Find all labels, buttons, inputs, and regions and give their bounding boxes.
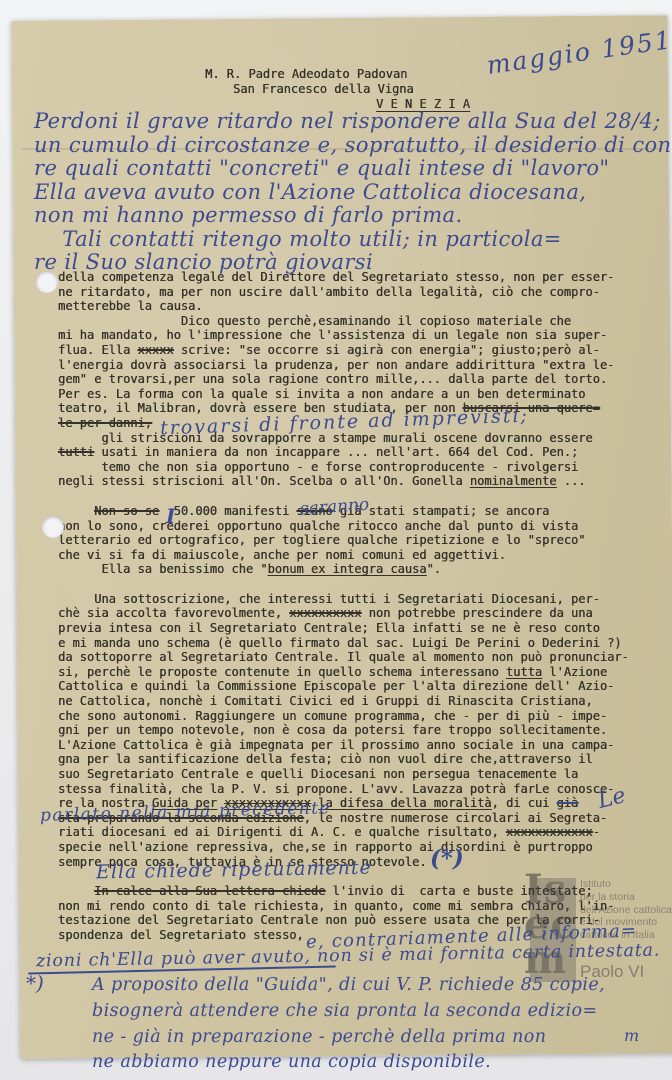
line: Perdoni il grave ritardo nel rispondere … <box>34 110 672 134</box>
typed-line: previa intesa con il Segretariato Centra… <box>58 621 670 636</box>
typed-line: da sottoporre al Segretariato Centrale. … <box>58 650 670 665</box>
line: A proposito della "Guida", di cui V. P. … <box>92 973 605 999</box>
line: non mi hanno permesso di farlo prima. <box>34 204 672 228</box>
line <box>34 275 672 299</box>
handwritten-intro: Perdoni il grave ritardo nel rispondere … <box>34 110 672 298</box>
typed-line: e mi manda uno schema (è quello firmato … <box>58 636 670 651</box>
typed-line: temo che non sia opportuno - e forse con… <box>58 460 670 475</box>
typed-line: tutti usati in maniera da non incappare … <box>58 445 670 460</box>
line: re quali contatti "concreti" e quali int… <box>34 157 672 181</box>
typed-line: non mi rendo conto di tale richiesta, in… <box>58 899 670 914</box>
typed-line: Per es. La forma con la quale si invita … <box>58 387 670 402</box>
line: re il Suo slancio potrà giovarsi <box>34 251 672 275</box>
punch-hole-top <box>36 271 58 293</box>
typed-line: metterebbe la causa. <box>58 299 670 314</box>
typed-line: riati diocesani ed ai Dirigenti di A. C.… <box>58 825 670 840</box>
typed-line: Cattolica e quindi la Commissione Episco… <box>58 679 670 694</box>
handwritten-asterisk-mark: (*) <box>430 845 464 872</box>
line: Tali contatti ritengo molto utili; in pa… <box>34 228 672 252</box>
punch-hole-bottom <box>42 516 64 538</box>
line: un cumulo di circostanze e, sopratutto, … <box>34 134 672 158</box>
typed-line: stessa finalità, che la P. V. si propone… <box>58 782 670 797</box>
typed-line: In calce alla Sua lettera chiede l'invio… <box>58 884 670 899</box>
typed-line: Ella sa benissimo che "bonum ex integra … <box>58 562 670 577</box>
line: Ella aveva avuto con l'Azione Cattolica … <box>34 181 672 205</box>
typed-line: flua. Ella xxxxx scrive: "se occorre si … <box>58 343 670 358</box>
typed-body: della competenza legale del Direttore de… <box>58 270 670 943</box>
typed-line: suo Segretariato Centrale e quelli Dioce… <box>58 767 670 782</box>
typed-line: ne Cattolica, nonchè i Comitati Civici e… <box>58 694 670 709</box>
typed-line: Una sottoscrizione, che interessi tutti … <box>58 592 670 607</box>
line: ne - già in preparazione - perchè della … <box>92 1025 605 1051</box>
typed-line: letterario ed ortografico, per togliere … <box>58 533 670 548</box>
typed-paragraph: della competenza legale del Direttore de… <box>58 270 670 489</box>
line: ne abbiamo neppure una copia disponibile… <box>92 1050 605 1076</box>
handwritten-insertion-i: I <box>166 504 175 528</box>
typed-line: si, perchè le proposte contenute in quel… <box>58 665 670 680</box>
typed-line: L'Azione Cattolica è già impegnata per i… <box>58 738 670 753</box>
letterhead-recipient: M. R. Padre Adeodato Padovan <box>205 67 407 81</box>
typed-line: Dico questo perchè,esaminando il copioso… <box>58 314 670 329</box>
handwritten-footnote: A proposito della "Guida", di cui V. P. … <box>92 973 605 1076</box>
typed-line: non lo sono, crederei opportuno qualche … <box>58 519 670 534</box>
typed-line: gli striscioni da sovrapporre a stampe m… <box>58 431 670 446</box>
typed-line: chè sia accolta favorevolmente, xxxxxxxx… <box>58 606 670 621</box>
typed-line: che sono autonomi. Raggiungere un comune… <box>58 709 670 724</box>
typed-line: mi ha mandato, ho l'impressione che l'as… <box>58 328 670 343</box>
handwritten-final-mark: m <box>624 1026 639 1045</box>
typed-line: negli stessi striscioni all'On. Scelba o… <box>58 474 670 489</box>
line: bisognerà attendere che sia pronta la se… <box>92 999 605 1025</box>
typed-line: gna per la santificazione della festa; c… <box>58 752 670 767</box>
footnote-marker: *) <box>26 971 44 995</box>
typed-paragraph: Una sottoscrizione, che interessi tutti … <box>58 592 670 869</box>
typed-line: l'energia dovrà associarsi la prudenza, … <box>58 358 670 373</box>
typed-line: che vi si fa di maiuscole, anche per nom… <box>58 548 670 563</box>
scanned-letter-page: M. R. Padre Adeodato Padovan San Frances… <box>0 0 672 1080</box>
letterhead-address: San Francesco della Vigna <box>233 82 414 96</box>
typed-line: specie nell'azione repressiva, che,se in… <box>58 840 670 855</box>
typed-line: gem" e trovarsi,per una sola ragione con… <box>58 372 670 387</box>
typed-line: gni per un tempo notevole, non è cosa da… <box>58 723 670 738</box>
